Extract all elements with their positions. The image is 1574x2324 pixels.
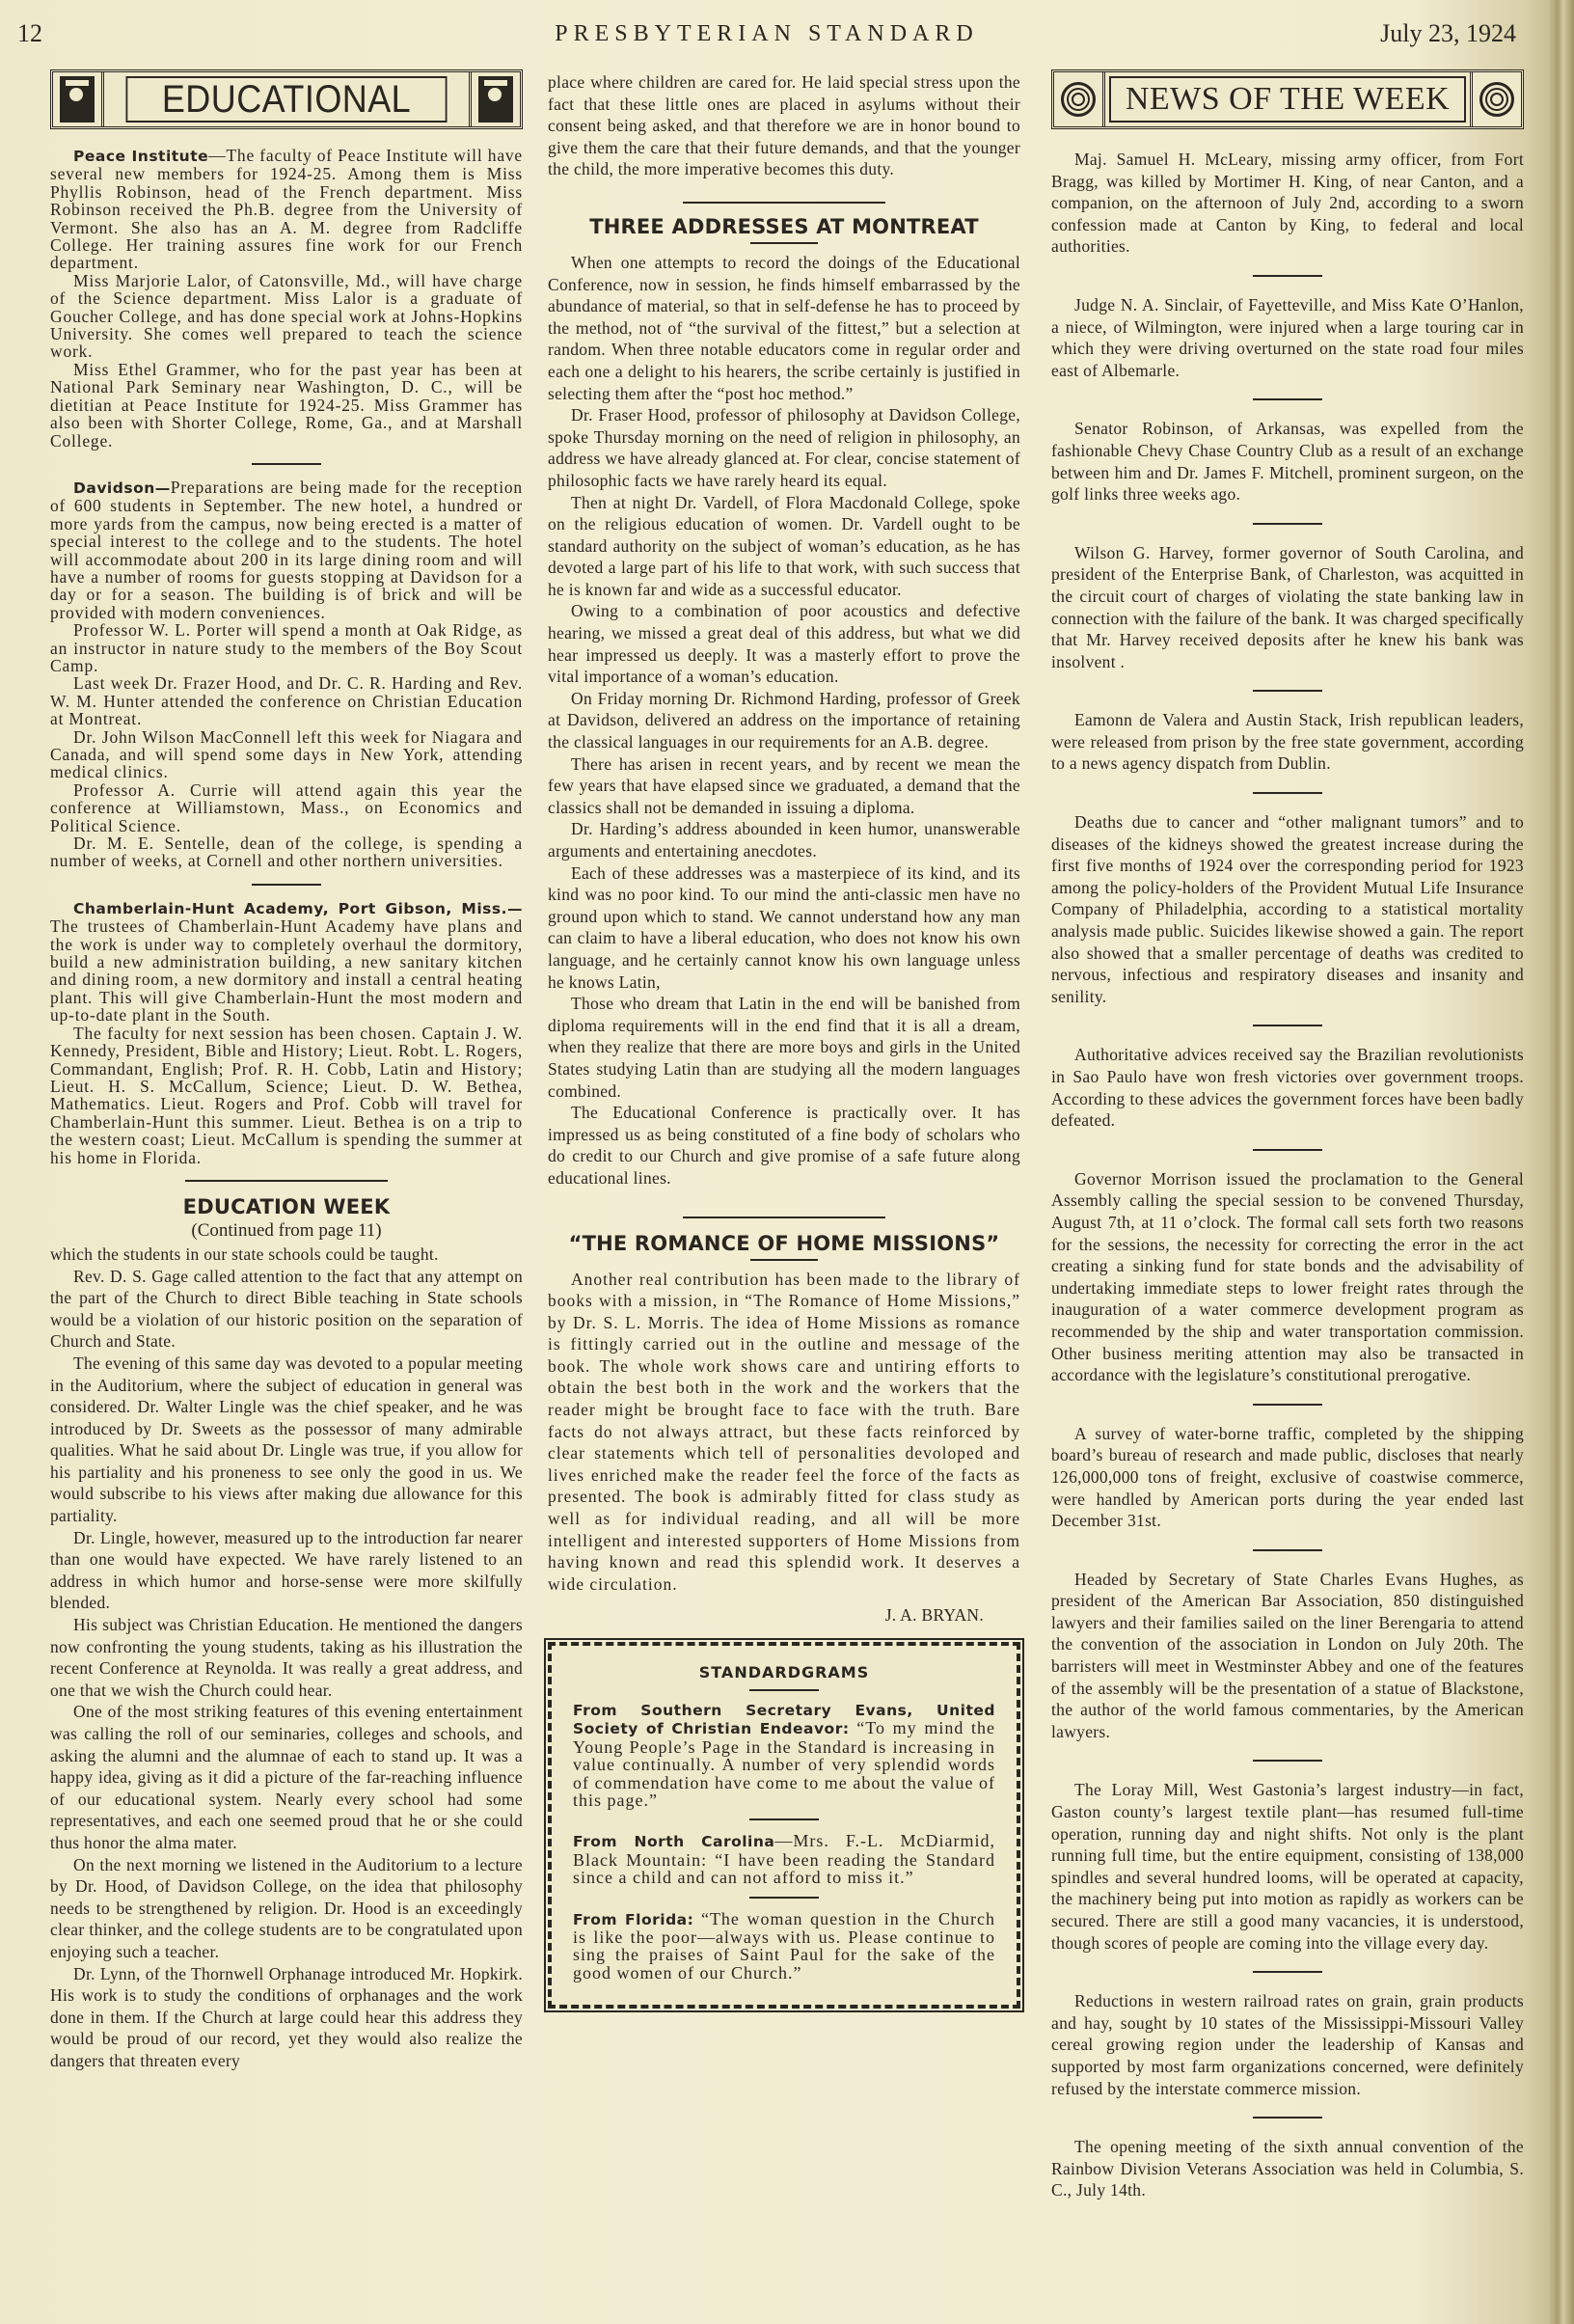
article-education-week: EDUCATION WEEK (Continued from page 11) … [50,1195,523,2072]
graduate-icon [60,76,95,123]
box-body: From Southern Secretary Evans, United So… [573,1701,995,1982]
divider [1253,1404,1322,1406]
standardgram-item: From Southern Secretary Evans, United So… [573,1701,995,1809]
paragraph: which the students in our state schools … [50,1244,523,1266]
paragraph: The Educational Conference is practicall… [548,1102,1020,1189]
headline: THREE ADDRESSES AT MONTREAT [548,215,1020,238]
column-middle: place where children are cared for. He l… [548,71,1020,2009]
paragraph: Each of these addresses was a masterpiec… [548,862,1020,994]
divider [749,1818,819,1820]
divider [1253,398,1322,400]
issue-date: July 23, 1924 [1380,19,1516,48]
box-title: STANDARDGRAMS [573,1663,995,1681]
news-item: Headed by Secretary of State Charles Eva… [1051,1569,1524,1743]
standardgram-item: From Florida: “The woman question in the… [573,1910,995,1982]
article-peace-institute: Peace Institute—The faculty of Peace Ins… [50,147,523,450]
divider [683,202,885,204]
news-item: Senator Robinson, of Arkansas, was expel… [1051,418,1524,505]
article-chamberlain-hunt: Chamberlain-Hunt Academy, Port Gibson, M… [50,899,523,1166]
divider [1253,1760,1322,1762]
concentric-circle-icon [1061,82,1096,117]
section-title: EDUCATIONAL [126,76,448,123]
news-banner: NEWS OF THE WEEK [1051,69,1524,129]
divider [750,1259,818,1261]
paragraph: Dr. Lynn, of the Thornwell Orphanage int… [50,1963,523,2072]
news-item: Governor Morrison issued the proclamatio… [1051,1168,1524,1386]
paragraph: Miss Ethel Grammer, who for the past yea… [50,361,523,450]
paragraph: On the next morning we listened in the A… [50,1854,523,1963]
divider [252,463,321,465]
publication-title: PRESBYTERIAN STANDARD [17,21,1516,47]
paragraph: Rev. D. S. Gage called attention to the … [50,1266,523,1353]
divider [1253,275,1322,277]
divider [683,1217,885,1218]
headline: EDUCATION WEEK [50,1195,523,1218]
divider [1253,1025,1322,1026]
standardgram-source: From Florida: [573,1911,693,1928]
news-item: Judge N. A. Sinclair, of Fayetteville, a… [1051,294,1524,381]
educational-banner: EDUCATIONAL [50,69,523,129]
news-item: The opening meeting of the sixth annual … [1051,2136,1524,2201]
paragraph: Last week Dr. Frazer Hood, and Dr. C. R.… [50,674,523,727]
paragraph: There has arisen in recent years, and by… [548,753,1020,819]
continued-paragraph: place where children are cared for. He l… [548,71,1020,180]
paragraph: When one attempts to record the doings o… [548,252,1020,404]
standardgram-source: From North Carolina [573,1833,774,1850]
standardgrams-box: STANDARDGRAMS From Southern Secretary Ev… [548,1642,1020,2009]
paragraph: Those who dream that Latin in the end wi… [548,993,1020,1102]
paragraph: Chamberlain-Hunt Academy, Port Gibson, M… [50,899,523,1025]
divider [1253,792,1322,794]
news-item: Reductions in western railroad rates on … [1051,1990,1524,2099]
paragraph: Miss Marjorie Lalor, of Catonsville, Md.… [50,272,523,361]
article-lead: Chamberlain-Hunt Academy, Port Gibson, M… [73,900,523,917]
article-davidson: Davidson—Preparations are being made for… [50,478,523,870]
divider [750,242,818,244]
divider [1253,2117,1322,2119]
divider [252,884,321,886]
paragraph: Dr. M. E. Sentelle, dean of the college,… [50,834,523,870]
news-item: The Loray Mill, West Gastonia’s largest … [1051,1779,1524,1954]
divider [185,1180,388,1182]
banner-cap-right [469,72,520,126]
paragraph: The evening of this same day was devoted… [50,1353,523,1527]
divider [749,1689,819,1691]
article-body: which the students in our state schools … [50,1244,523,2072]
column-news: NEWS OF THE WEEK Maj. Samuel H. McLeary,… [1051,69,1524,2201]
news-item: Authoritative advices received say the B… [1051,1044,1524,1131]
continued-note: (Continued from page 11) [50,1220,523,1242]
paragraph: Peace Institute—The faculty of Peace Ins… [50,147,523,272]
paragraph: Dr. John Wilson MacConnell left this wee… [50,728,523,781]
news-item: Wilson G. Harvey, former governor of Sou… [1051,542,1524,673]
paragraph: Another real contribution has been made … [548,1269,1020,1596]
paragraph: Dr. Fraser Hood, professor of philosophy… [548,404,1020,491]
byline: J. A. BRYAN. [548,1604,1020,1627]
divider [749,1897,819,1899]
page-binding-edge [1547,0,1574,2324]
divider [1253,523,1322,525]
banner-cap-left [53,72,104,126]
divider [1253,1149,1322,1151]
news-item: A survey of water-borne traffic, complet… [1051,1423,1524,1532]
divider [1253,1549,1322,1551]
graduate-icon [478,76,513,123]
banner-cap-left [1054,72,1105,126]
running-head: 12 PRESBYTERIAN STANDARD July 23, 1924 [17,19,1516,58]
article-lead: Peace Institute [73,148,208,165]
headline: “THE ROMANCE OF HOME MISSIONS” [548,1232,1020,1255]
column-educational: EDUCATIONAL Peace Institute—The faculty … [50,69,523,2072]
standardgram-item: From North Carolina—Mrs. F.-L. McDiarmid… [573,1832,995,1886]
article-body: When one attempts to record the doings o… [548,252,1020,1189]
paragraph: Dr. Harding’s address abounded in keen h… [548,818,1020,861]
news-item: Maj. Samuel H. McLeary, missing army off… [1051,149,1524,258]
article-romance-home-missions: “THE ROMANCE OF HOME MISSIONS” Another r… [548,1232,1020,1627]
article-three-addresses: THREE ADDRESSES AT MONTREAT When one att… [548,215,1020,1189]
article-lead: Davidson— [73,479,171,497]
paragraph: Dr. Lingle, however, measured up to the … [50,1527,523,1614]
concentric-circle-icon [1479,82,1514,117]
paragraph: On Friday morning Dr. Richmond Harding, … [548,688,1020,753]
paragraph: Owing to a combination of poor acoustics… [548,600,1020,687]
banner-cap-right [1470,72,1521,126]
divider [1253,1971,1322,1973]
paragraph: The faculty for next session has been ch… [50,1025,523,1166]
news-item: Eamonn de Valera and Austin Stack, Irish… [1051,709,1524,775]
paragraph: Davidson—Preparations are being made for… [50,478,523,621]
news-items: Maj. Samuel H. McLeary, missing army off… [1051,149,1524,2201]
paragraph: One of the most striking features of thi… [50,1701,523,1853]
paragraph: Professor W. L. Porter will spend a mont… [50,621,523,674]
paragraph: Then at night Dr. Vardell, of Flora Macd… [548,492,1020,601]
news-item: Deaths due to cancer and “other malignan… [1051,811,1524,1007]
section-title: NEWS OF THE WEEK [1109,76,1466,123]
paragraph: His subject was Christian Education. He … [50,1614,523,1701]
divider [1253,690,1322,692]
paragraph: Professor A. Currie will attend again th… [50,781,523,834]
